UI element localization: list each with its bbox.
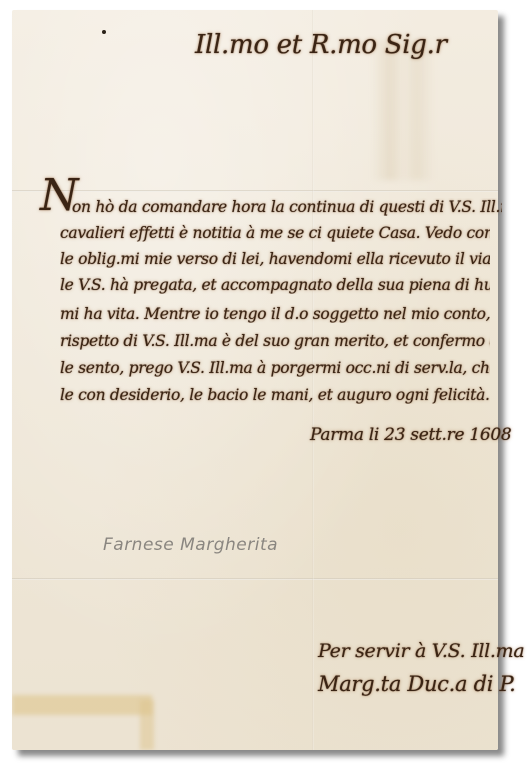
body-line: le oblig.mi mie verso di lei, havendomi … — [60, 250, 490, 268]
ink-speck — [102, 30, 106, 34]
signature: Marg.ta Duc.a di P. — [318, 672, 516, 696]
closing-formula: Per servir à V.S. Ill.ma — [318, 640, 524, 662]
body-line: mi ha vita. Mentre io tengo il d.o sogge… — [60, 305, 490, 323]
body-line: rispetto di V.S. Ill.ma è del suo gran m… — [60, 332, 490, 350]
body-line: on hò da comandare hora la continua di q… — [72, 198, 502, 216]
fold-crease-lower — [12, 578, 498, 580]
body-line: le con desiderio, le bacio le mani, et a… — [60, 386, 490, 404]
water-stain-edge — [140, 700, 154, 750]
body-line: le V.S. hà pregata, et accompagnato dell… — [60, 276, 490, 294]
body-line: cavalieri effetti è notitia à me se ci q… — [60, 224, 490, 242]
archival-pencil-note: Farnese Margherita — [103, 535, 278, 555]
date-line: Parma li 23 sett.re 1608 — [310, 425, 511, 445]
page: Ill.mo et R.mo Sig.r N on hò da comandar… — [0, 0, 527, 768]
fold-crease-vertical — [312, 10, 314, 750]
ink-bleed-through — [372, 40, 462, 180]
letter-salutation: Ill.mo et R.mo Sig.r — [195, 30, 447, 60]
fold-crease-upper — [12, 190, 498, 192]
body-line: le sento, prego V.S. Ill.ma à porgermi o… — [60, 359, 490, 377]
water-stain — [12, 695, 152, 715]
letter-paper — [12, 10, 498, 750]
